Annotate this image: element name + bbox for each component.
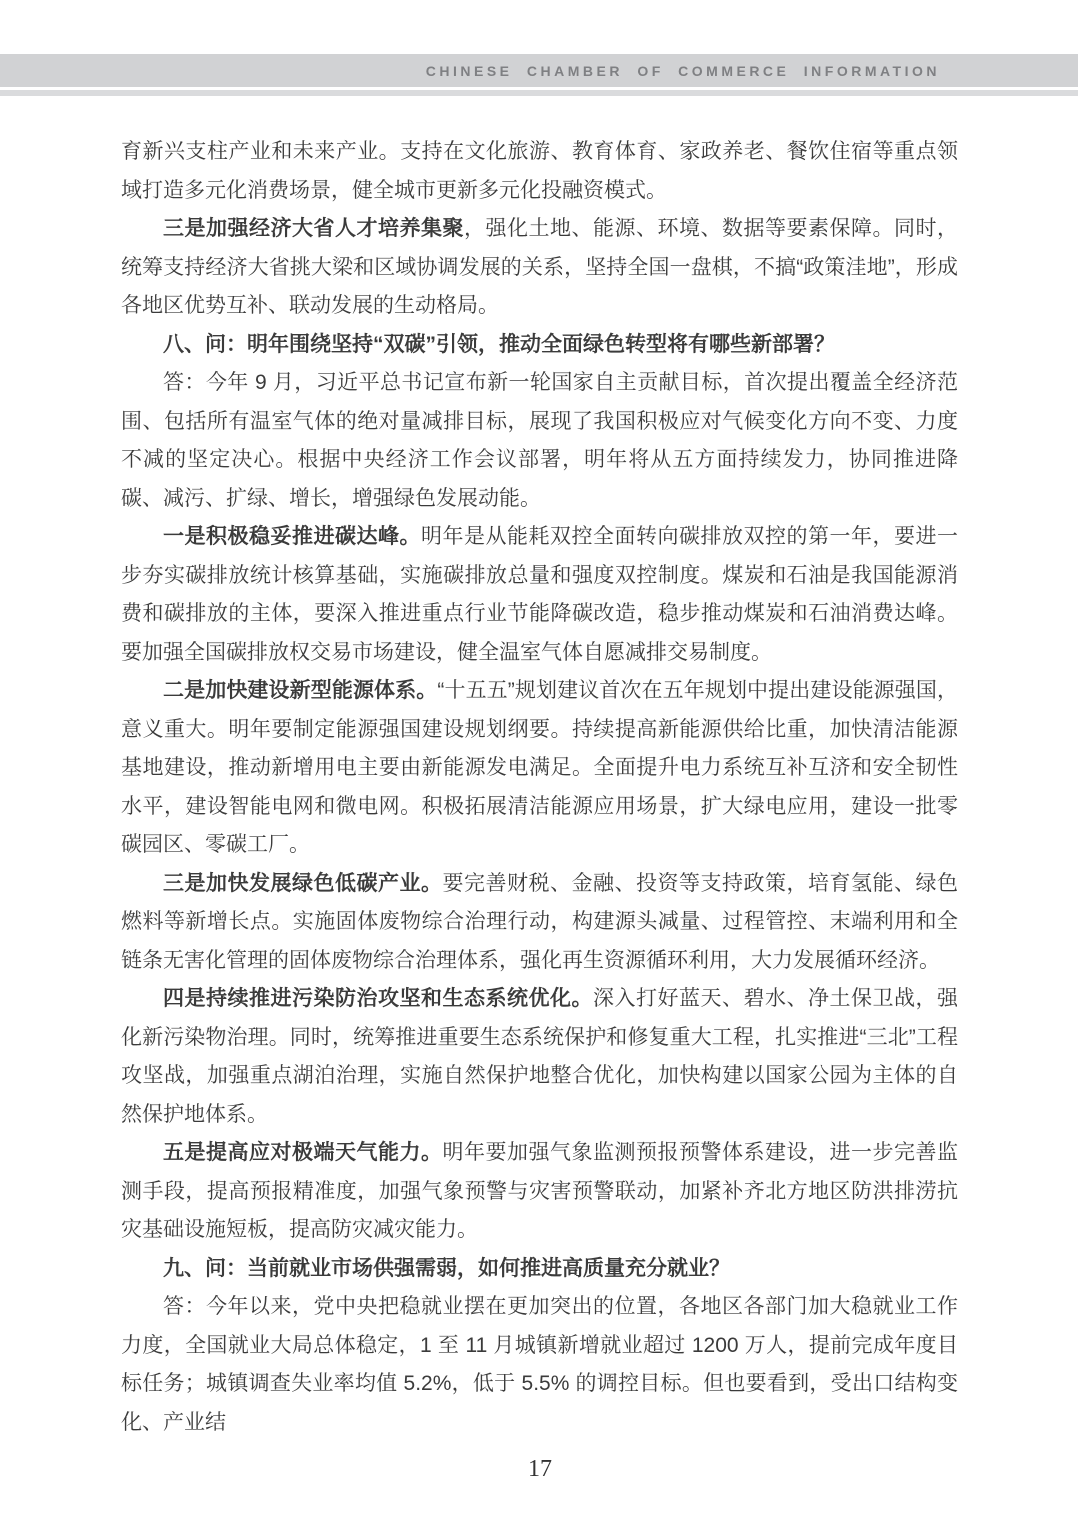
paragraph-text-run: 育新兴支柱产业和未来产业。支持在文化旅游、教育体育、家政养老、餐饮住宿等重点领域… xyxy=(121,140,958,202)
paragraph: 一是积极稳妥推进碳达峰。明年是从能耗双控全面转向碳排放双控的第一年，要进一步夯实… xyxy=(121,518,958,672)
paragraph: 二是加快建设新型能源体系。“十五五”规划建议首次在五年规划中提出建设能源强国，意… xyxy=(121,672,958,865)
paragraph-text-run: “十五五”规划建议首次在五年规划中提出建设能源强国，意义重大。明年要制定能源强国… xyxy=(121,679,958,856)
paragraph-bold-run: 九、问：当前就业市场供强需弱，如何推进高质量充分就业？ xyxy=(163,1257,730,1280)
paragraph-bold-run: 三是加快发展绿色低碳产业。 xyxy=(163,872,443,895)
header-banner: CHINESE CHAMBER OF COMMERCE INFORMATION xyxy=(0,54,1078,87)
document-page: CHINESE CHAMBER OF COMMERCE INFORMATION … xyxy=(0,0,1080,1525)
paragraph: 四是持续推进污染防治攻坚和生态系统优化。深入打好蓝天、碧水、净土保卫战，强化新污… xyxy=(121,980,958,1134)
page-number: 17 xyxy=(0,1456,1080,1483)
document-body: 育新兴支柱产业和未来产业。支持在文化旅游、教育体育、家政养老、餐饮住宿等重点领域… xyxy=(121,133,958,1442)
paragraph: 三是加快发展绿色低碳产业。要完善财税、金融、投资等支持政策，培育氢能、绿色燃料等… xyxy=(121,865,958,981)
paragraph-bold-run: 一是积极稳妥推进碳达峰。 xyxy=(163,525,421,548)
paragraph: 九、问：当前就业市场供强需弱，如何推进高质量充分就业？ xyxy=(121,1250,958,1289)
paragraph-text-run: 答：今年以来，党中央把稳就业摆在更加突出的位置，各地区各部门加大稳就业工作力度，… xyxy=(121,1295,958,1434)
paragraph: 育新兴支柱产业和未来产业。支持在文化旅游、教育体育、家政养老、餐饮住宿等重点领域… xyxy=(121,133,958,210)
paragraph: 答：今年 9 月，习近平总书记宣布新一轮国家自主贡献目标，首次提出覆盖全经济范围… xyxy=(121,364,958,518)
paragraph: 五是提高应对极端天气能力。明年要加强气象监测预报预警体系建设，进一步完善监测手段… xyxy=(121,1134,958,1250)
header-divider-bar xyxy=(0,90,1078,96)
paragraph-bold-run: 八、问：明年围绕坚持“双碳”引领，推动全面绿色转型将有哪些新部署？ xyxy=(163,333,835,356)
paragraph-bold-run: 五是提高应对极端天气能力。 xyxy=(163,1141,443,1164)
paragraph-bold-run: 四是持续推进污染防治攻坚和生态系统优化。 xyxy=(163,987,593,1010)
paragraph-text-run: 答：今年 9 月，习近平总书记宣布新一轮国家自主贡献目标，首次提出覆盖全经济范围… xyxy=(121,371,958,510)
header-banner-text: CHINESE CHAMBER OF COMMERCE INFORMATION xyxy=(426,63,940,79)
paragraph: 三是加强经济大省人才培养集聚，强化土地、能源、环境、数据等要素保障。同时，统筹支… xyxy=(121,210,958,326)
paragraph-bold-run: 二是加快建设新型能源体系。 xyxy=(163,679,437,702)
paragraph: 八、问：明年围绕坚持“双碳”引领，推动全面绿色转型将有哪些新部署？ xyxy=(121,326,958,365)
paragraph: 答：今年以来，党中央把稳就业摆在更加突出的位置，各地区各部门加大稳就业工作力度，… xyxy=(121,1288,958,1442)
paragraph-bold-run: 三是加强经济大省人才培养集聚 xyxy=(163,217,464,240)
